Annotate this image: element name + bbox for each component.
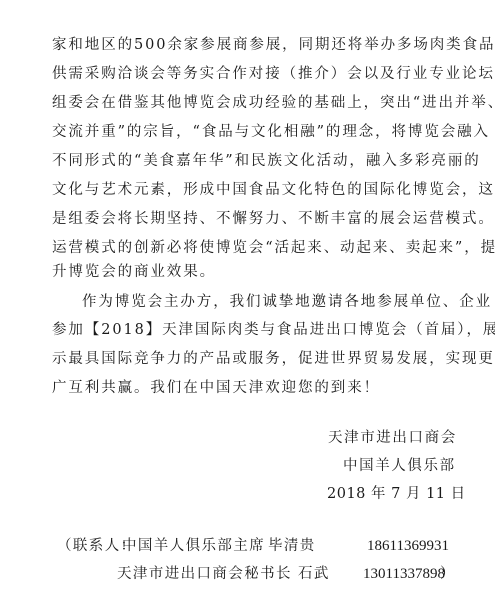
- paragraph-2-line-3: 不同形式的“美食嘉年华”和民族文化活动，融入多彩亮丽的: [52, 151, 448, 171]
- contact-title: 中国羊人俱乐部主席: [122, 536, 265, 556]
- contact-suffix: ）: [440, 564, 456, 584]
- paragraph-2-line-2: 交流并重”的宗旨，“食品与文化相融”的理念，将博览会融入: [52, 122, 448, 142]
- paragraph-2-line-4: 文化与艺术元素，形成中国食品文化特色的国际化博览会，这: [52, 180, 448, 200]
- paragraph-2-line-7: 升博览会的商业效果。: [52, 262, 448, 282]
- paragraph-2-line-1: 组委会在借鉴其他博览会成功经验的基础上，突出“进出并举、: [52, 93, 448, 113]
- contact-phone: 18611369931: [367, 536, 449, 556]
- signature-date: 2018 年 7 月 11 日: [327, 484, 466, 504]
- contact-name: 石武: [298, 564, 330, 584]
- paragraph-3-line-2: 参加【2018】天津国际肉类与食品进出口博览会（首届），展: [52, 320, 448, 340]
- paragraph-1-line-1: 家和地区的500余家参展商参展，同期还将举办多场肉类食品: [52, 35, 448, 55]
- contact-phone: 13011337898: [363, 564, 445, 584]
- paragraph-1-line-2: 供需采购洽谈会等务实合作对接（推介）会以及行业专业论坛。: [52, 64, 448, 84]
- paragraph-3-line-4: 广互利共赢。我们在中国天津欢迎您的到来！: [52, 378, 448, 398]
- paragraph-2-line-5: 是组委会将长期坚持、不懈努力、不断丰富的展会运营模式。: [52, 209, 448, 229]
- document-page: 家和地区的500余家参展商参展，同期还将举办多场肉类食品 供需采购洽谈会等务实合…: [0, 0, 495, 603]
- paragraph-2-line-6: 运营模式的创新必将使博览会“活起来、动起来、卖起来”，提: [52, 238, 448, 258]
- contact-name: 毕清贵: [268, 536, 316, 556]
- signature-org-2: 中国羊人俱乐部: [343, 456, 456, 476]
- paragraph-3-line-1: 作为博览会主办方，我们诚挚地邀请各地参展单位、企业: [82, 292, 448, 312]
- paragraph-3-line-3: 示最具国际竞争力的产品或服务，促进世界贸易发展，实现更: [52, 349, 448, 369]
- contact-title: 天津市进出口商会秘书长: [117, 564, 292, 584]
- signature-org-1: 天津市进出口商会: [328, 428, 457, 448]
